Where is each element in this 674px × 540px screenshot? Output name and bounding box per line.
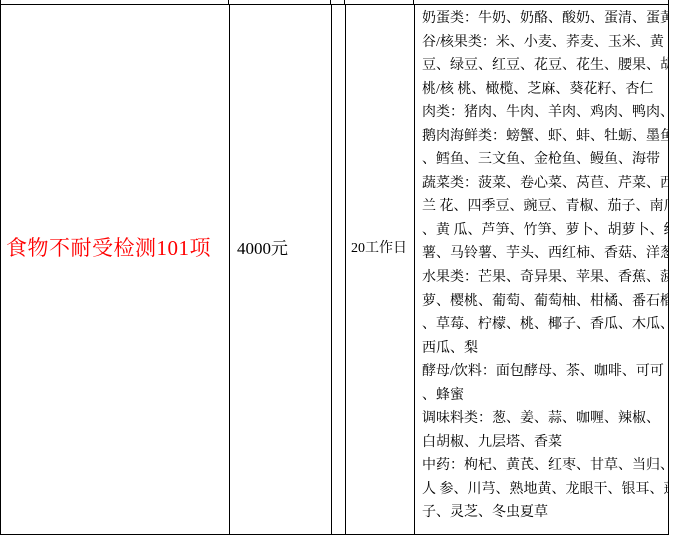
items-text-line: 调味料类：葱、姜、蒜、咖喱、辣椒、	[422, 407, 668, 431]
empty-cell	[331, 5, 345, 534]
items-text-line: 、黄 瓜、芦笋、竹笋、萝卜、胡萝卜、红	[422, 219, 668, 243]
items-text-line: 鹅肉海鲜类：螃蟹、虾、蚌、牡蛎、墨鱼	[422, 125, 668, 149]
items-text-line: 豆、绿豆、红豆、花豆、花生、腰果、胡	[422, 54, 668, 78]
items-text-line: 桃/核 桃、橄榄、芝麻、葵花籽、杏仁	[422, 78, 668, 102]
items-text-line: 、蜂蜜	[422, 384, 668, 408]
items-text-line: 白胡椒、九层塔、香菜	[422, 431, 668, 455]
test-price-table-row: 食物不耐受检测101项 4000元 20工作日 奶蛋类：牛奶、奶酪、酸奶、蛋清、…	[0, 4, 669, 535]
test-name-cell: 食物不耐受检测101项	[1, 5, 229, 534]
items-text-line: 酵母/饮料：面包酵母、茶、咖啡、可可	[422, 360, 668, 384]
items-text-line: 、草莓、柠檬、桃、椰子、香瓜、木瓜、	[422, 313, 668, 337]
items-text-line: 兰 花、四季豆、豌豆、青椒、茄子、南瓜	[422, 195, 668, 219]
items-text-line: 奶蛋类：牛奶、奶酪、酸奶、蛋清、蛋黄	[422, 7, 668, 31]
price-list-screenshot: 食物不耐受检测101项 4000元 20工作日 奶蛋类：牛奶、奶酪、酸奶、蛋清、…	[0, 0, 674, 540]
items-cell: 奶蛋类：牛奶、奶酪、酸奶、蛋清、蛋黄谷/核果类：米、小麦、荞麦、玉米、黄豆、绿豆…	[414, 5, 668, 534]
items-text-line: 萝、樱桃、葡萄、葡萄柚、柑橘、番石榴	[422, 290, 668, 314]
items-text-line: 谷/核果类：米、小麦、荞麦、玉米、黄	[422, 31, 668, 55]
price-cell: 4000元	[229, 5, 331, 534]
items-text-line: 中药：枸杞、黄芪、红枣、甘草、当归、	[422, 454, 668, 478]
items-text-line: 西瓜、梨	[422, 337, 668, 361]
price-text: 4000元	[230, 234, 288, 259]
items-text-line: 蔬菜类：菠菜、卷心菜、莴苣、芹菜、西	[422, 172, 668, 196]
turnaround-text: 20工作日	[346, 237, 407, 257]
items-text-line: 子、灵芝、冬虫夏草	[422, 501, 668, 525]
items-text-line: 肉类：猪肉、牛肉、羊肉、鸡肉、鸭肉、	[422, 101, 668, 125]
turnaround-cell: 20工作日	[345, 5, 414, 534]
items-text-line: 人 参、川芎、熟地黄、龙眼干、银耳、莲	[422, 478, 668, 502]
test-name-text: 食物不耐受检测101项	[1, 232, 211, 262]
items-text-line: 、鳕鱼、三文鱼、金枪鱼、鳗鱼、海带	[422, 148, 668, 172]
items-text-line: 水果类：芒果、奇异果、苹果、香蕉、菠	[422, 266, 668, 290]
items-text: 奶蛋类：牛奶、奶酪、酸奶、蛋清、蛋黄谷/核果类：米、小麦、荞麦、玉米、黄豆、绿豆…	[415, 5, 668, 525]
items-text-line: 薯、马铃薯、芋头、西红柿、香菇、洋葱	[422, 242, 668, 266]
